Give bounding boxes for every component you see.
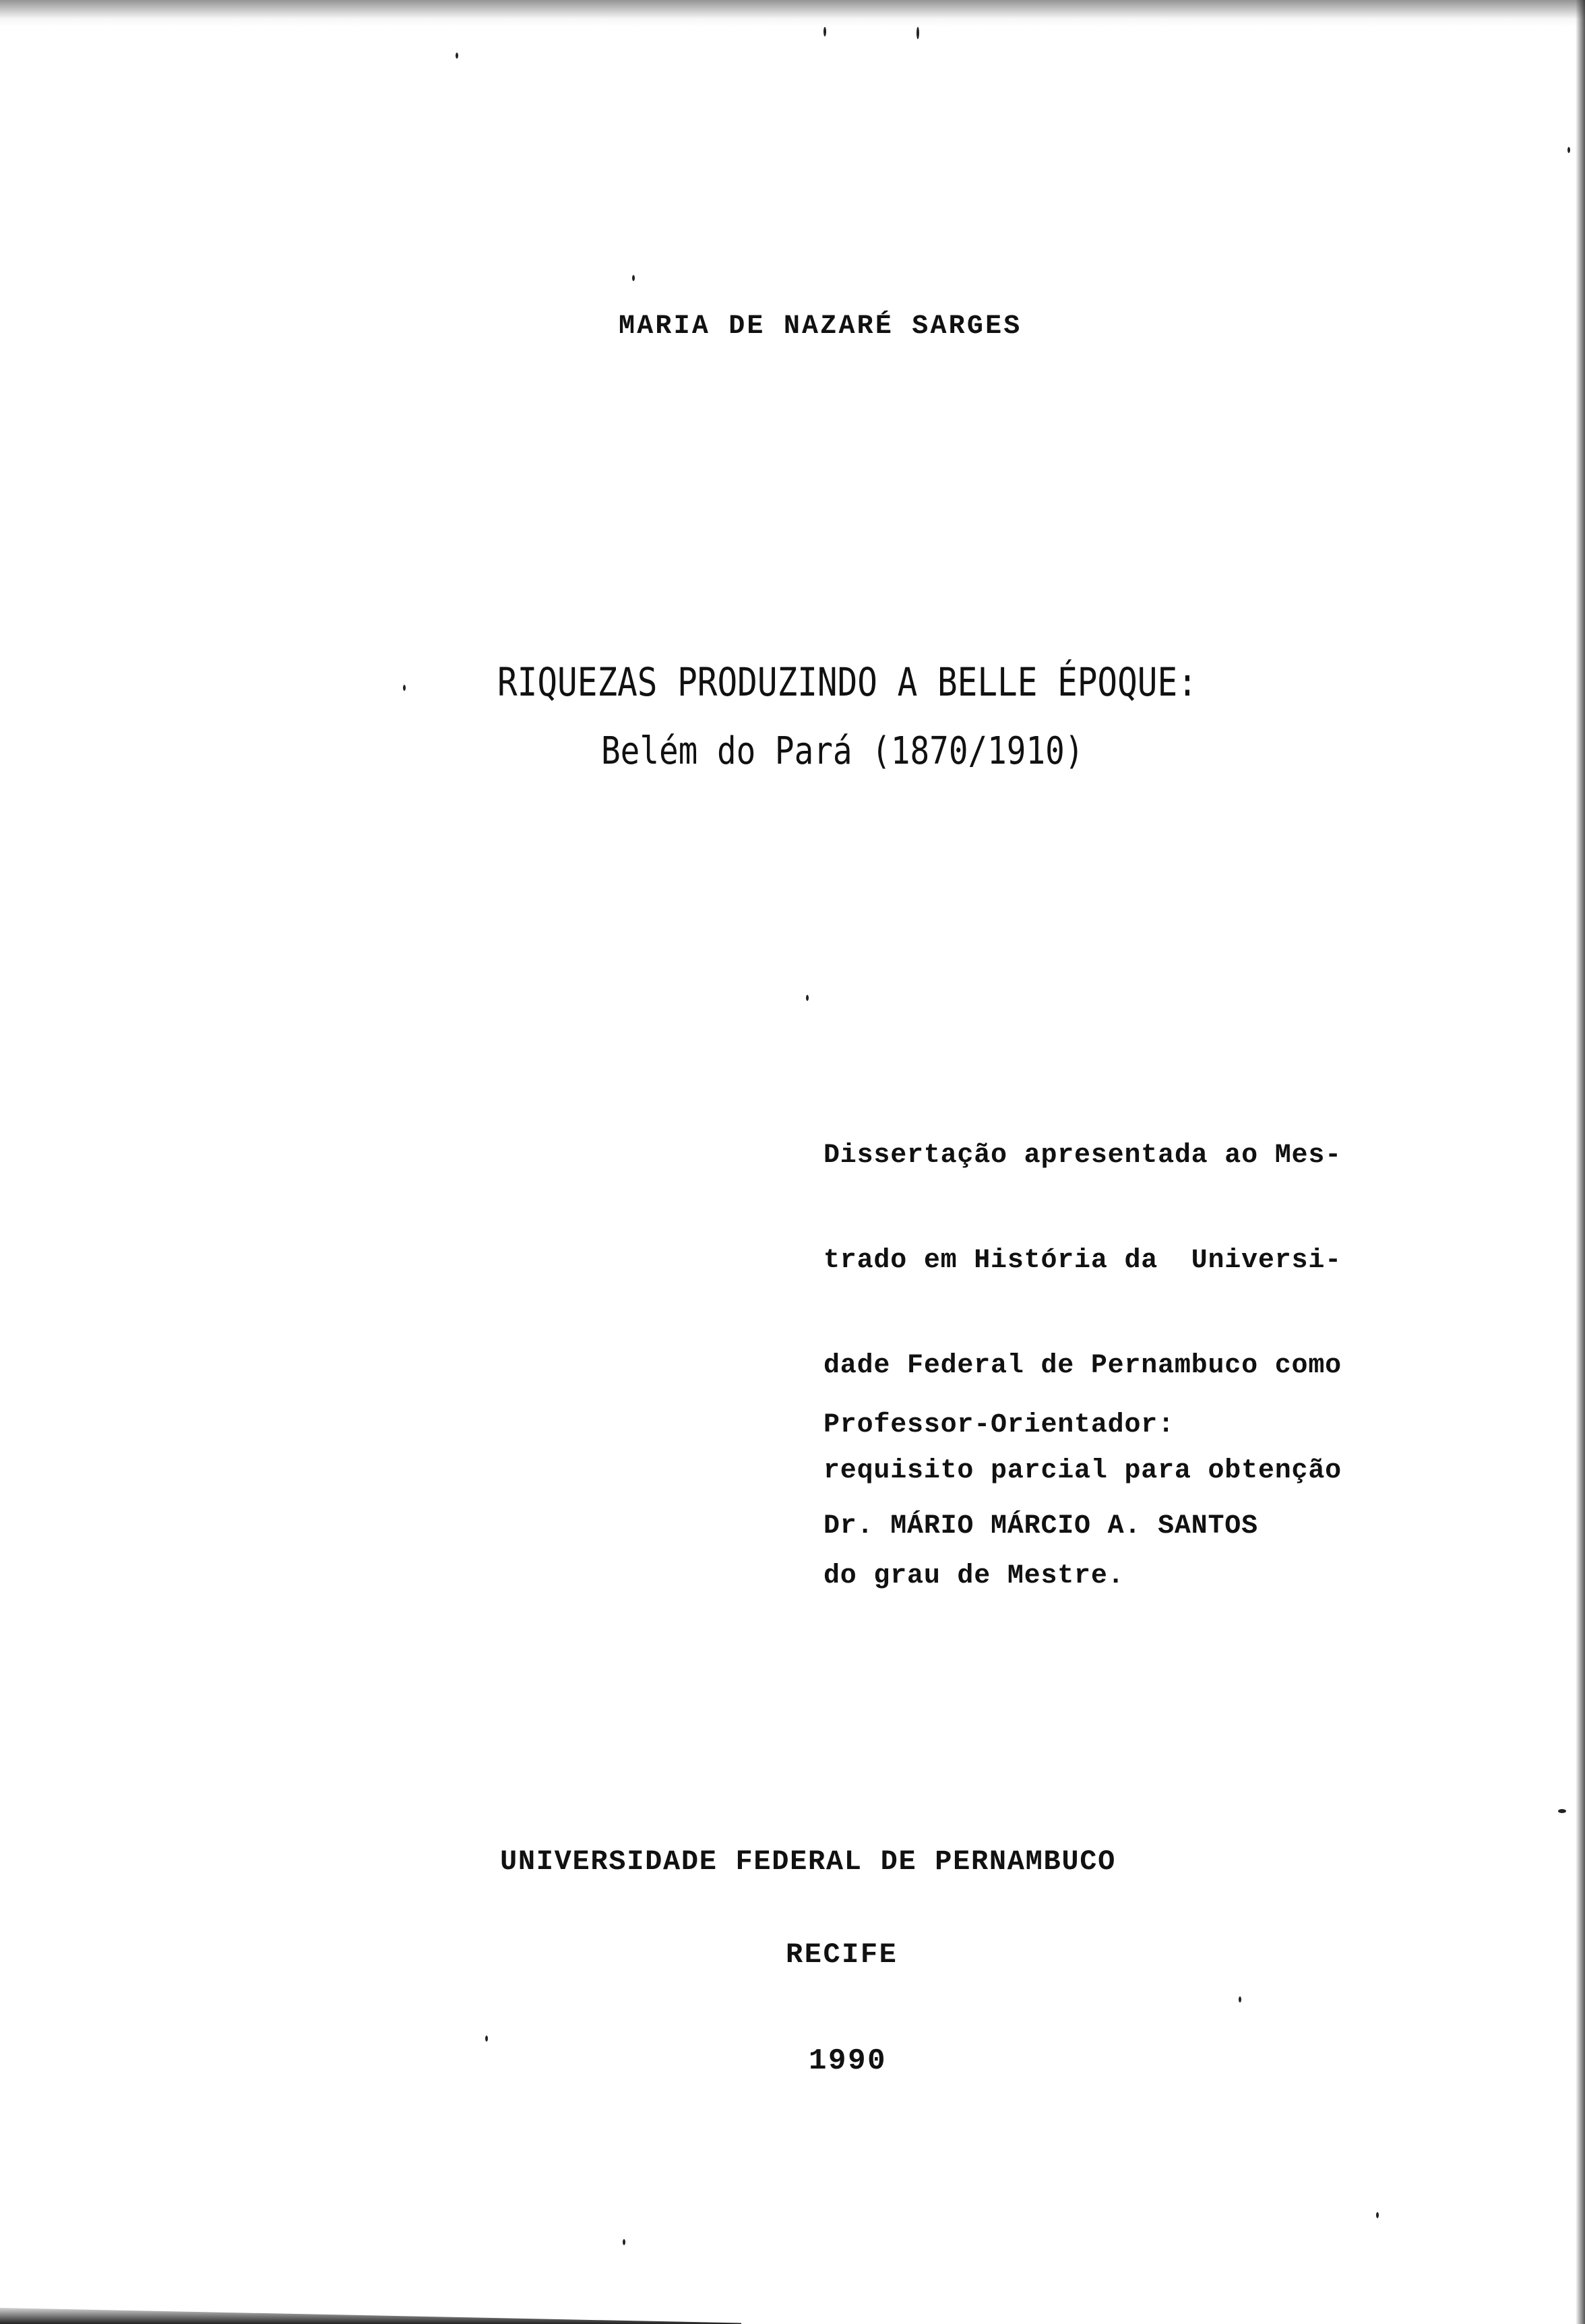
institution-name: UNIVERSIDADE FEDERAL DE PERNAMBUCO xyxy=(500,1845,1116,1878)
scan-speck xyxy=(916,27,919,39)
scan-speck xyxy=(1376,2212,1379,2218)
publication-year: 1990 xyxy=(809,2044,887,2078)
advisor-label: Professor-Orientador: xyxy=(823,1409,1258,1442)
scan-speck xyxy=(632,275,635,281)
scan-speck xyxy=(1239,1996,1241,2002)
scan-speck xyxy=(1567,147,1570,153)
scan-shadow-top xyxy=(0,0,1585,27)
scan-shadow-right xyxy=(1576,0,1585,2324)
title-main: RIQUEZAS PRODUZINDO A BELLE ÉPOQUE: xyxy=(497,659,1198,705)
scan-speck xyxy=(823,27,826,36)
scan-speck xyxy=(1558,1809,1566,1813)
advisor-name: Dr. MÁRIO MÁRCIO A. SANTOS xyxy=(823,1510,1258,1543)
dissertation-note-line: trado em História da Universi- xyxy=(823,1244,1342,1279)
scan-speck xyxy=(456,53,458,59)
dissertation-note-line: Dissertação apresentada ao Mes- xyxy=(823,1138,1342,1173)
scan-speck xyxy=(485,2036,488,2042)
scan-speck xyxy=(623,2239,625,2245)
title-subtitle: Belém do Pará (1870/1910) xyxy=(601,729,1084,773)
advisor-block: Professor-Orientador: Dr. MÁRIO MÁRCIO A… xyxy=(823,1341,1258,1577)
author-name: MARIA DE NAZARÉ SARGES xyxy=(619,311,1022,342)
scan-speck xyxy=(806,995,809,1001)
scan-speck xyxy=(403,685,406,691)
city-name: RECIFE xyxy=(786,1938,898,1971)
scan-shadow-bottom xyxy=(0,2304,741,2324)
